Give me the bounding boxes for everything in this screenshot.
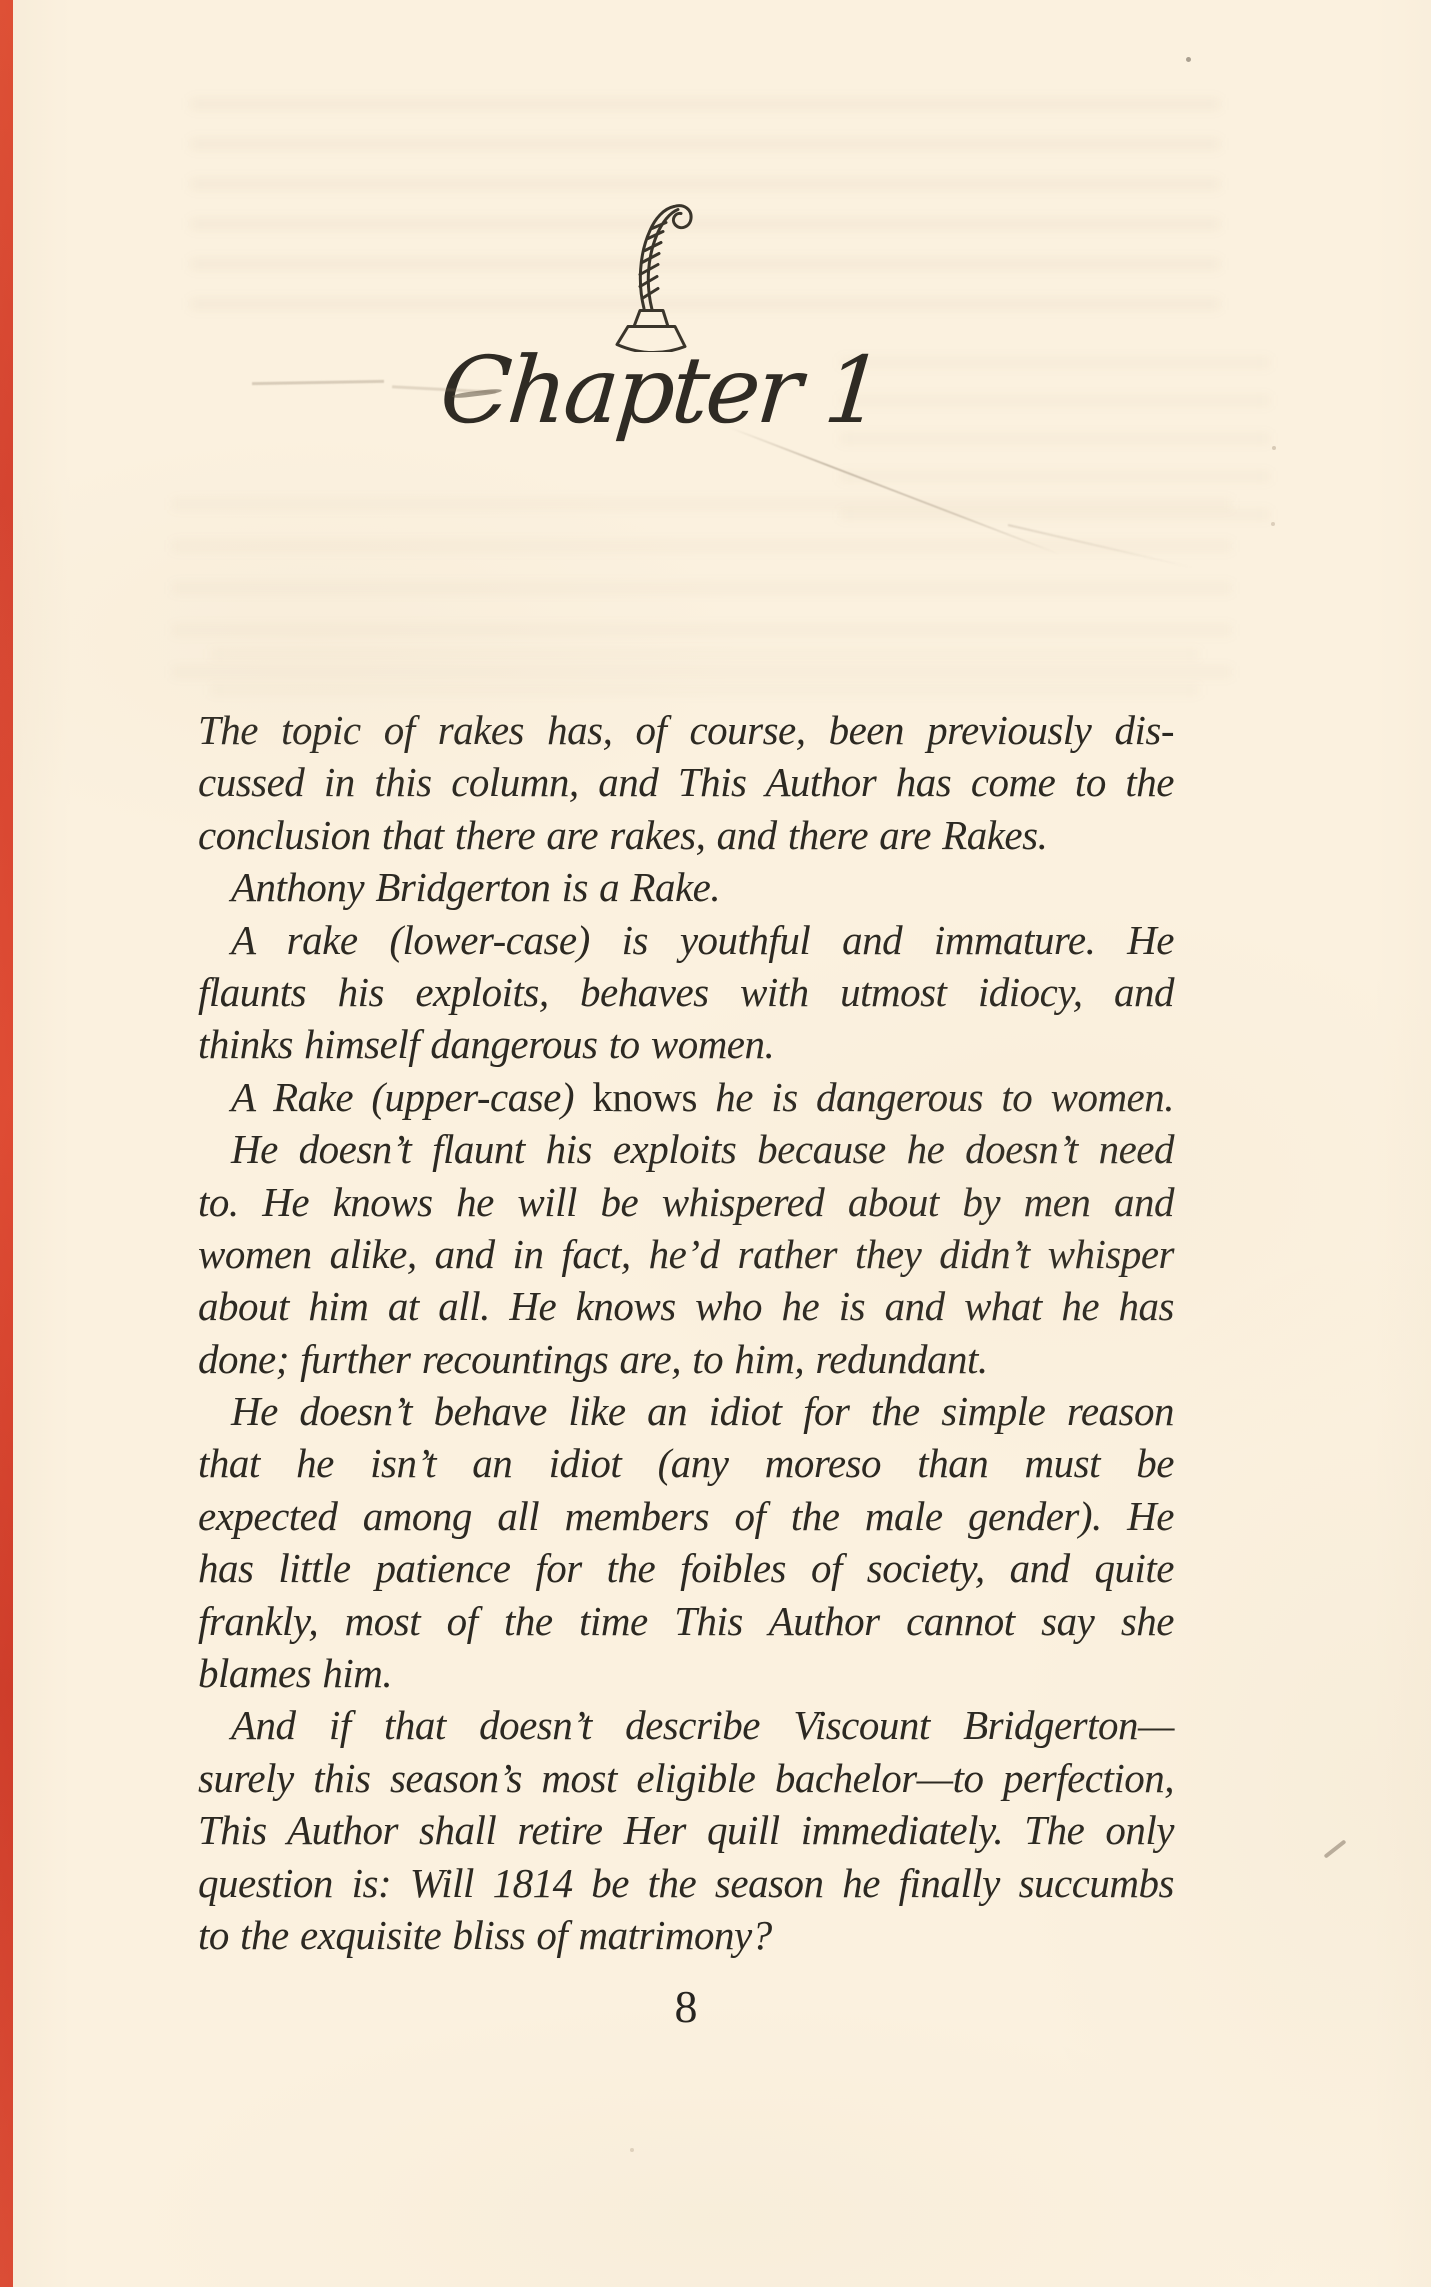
text-line: question is: Will 1814 be the season he … — [198, 1857, 1174, 1909]
text-line: to. He knows he will be whispered about … — [198, 1176, 1174, 1228]
text-line: He doesn’t flaunt his exploits because h… — [198, 1123, 1174, 1175]
text-line: frankly, most of the time This Author ca… — [198, 1595, 1174, 1647]
bleedthrough-ghost-text — [190, 82, 1220, 310]
bleedthrough-ghost-text — [210, 625, 1200, 695]
text-line: Anthony Bridgerton is a Rake. — [198, 861, 1174, 913]
text-line: to the exquisite bliss of matrimony? — [198, 1909, 1174, 1961]
text-segment: he is dangerous to women. — [697, 1074, 1174, 1120]
text-line: The topic of rakes has, of course, been … — [198, 704, 1174, 756]
scan-speck — [630, 2148, 634, 2152]
text-line: that he isn’t an idiot (any moreso than … — [198, 1437, 1174, 1489]
text-line: expected among all members of the male g… — [198, 1490, 1174, 1542]
text-line: has little patience for the foibles of s… — [198, 1542, 1174, 1594]
scan-crease — [1008, 524, 1194, 569]
text-line: conclusion that there are rakes, and the… — [198, 809, 1174, 861]
scan-speck — [1186, 57, 1191, 62]
bleedthrough-ghost-text — [172, 470, 1232, 678]
scan-speck — [1271, 522, 1275, 526]
text-line: He doesn’t behave like an idiot for the … — [198, 1385, 1174, 1437]
text-segment-upright-emphasis: knows — [592, 1074, 697, 1120]
text-line: flaunts his exploits, behaves with utmos… — [198, 966, 1174, 1018]
epigraph-column: The topic of rakes has, of course, been … — [198, 704, 1174, 1961]
scan-mark — [1324, 1839, 1347, 1858]
text-line: And if that doesn’t describe Viscount Br… — [198, 1699, 1174, 1751]
text-line: done; further recountings are, to him, r… — [198, 1333, 1174, 1385]
text-line: blames him. — [198, 1647, 1174, 1699]
text-segment: A Rake (upper-case) — [231, 1074, 592, 1120]
text-line: A Rake (upper-case) knows he is dangerou… — [198, 1071, 1174, 1123]
quill-in-inkwell-icon — [600, 186, 700, 352]
text-line: women alike, and in fact, he’d rather th… — [198, 1228, 1174, 1280]
text-line: A rake (lower-case) is youthful and imma… — [198, 914, 1174, 966]
text-line: This Author shall retire Her quill immed… — [198, 1804, 1174, 1856]
text-line: surely this season’s most eligible bache… — [198, 1752, 1174, 1804]
page-number: 8 — [0, 1981, 1372, 2033]
chapter-heading: Chapter 1 — [0, 333, 1431, 448]
text-line: about him at all. He knows who he is and… — [198, 1280, 1174, 1332]
quill-in-inkwell-icon — [600, 186, 700, 352]
text-line: thinks himself dangerous to women. — [198, 1018, 1174, 1070]
text-line: cussed in this column, and This Author h… — [198, 756, 1174, 808]
